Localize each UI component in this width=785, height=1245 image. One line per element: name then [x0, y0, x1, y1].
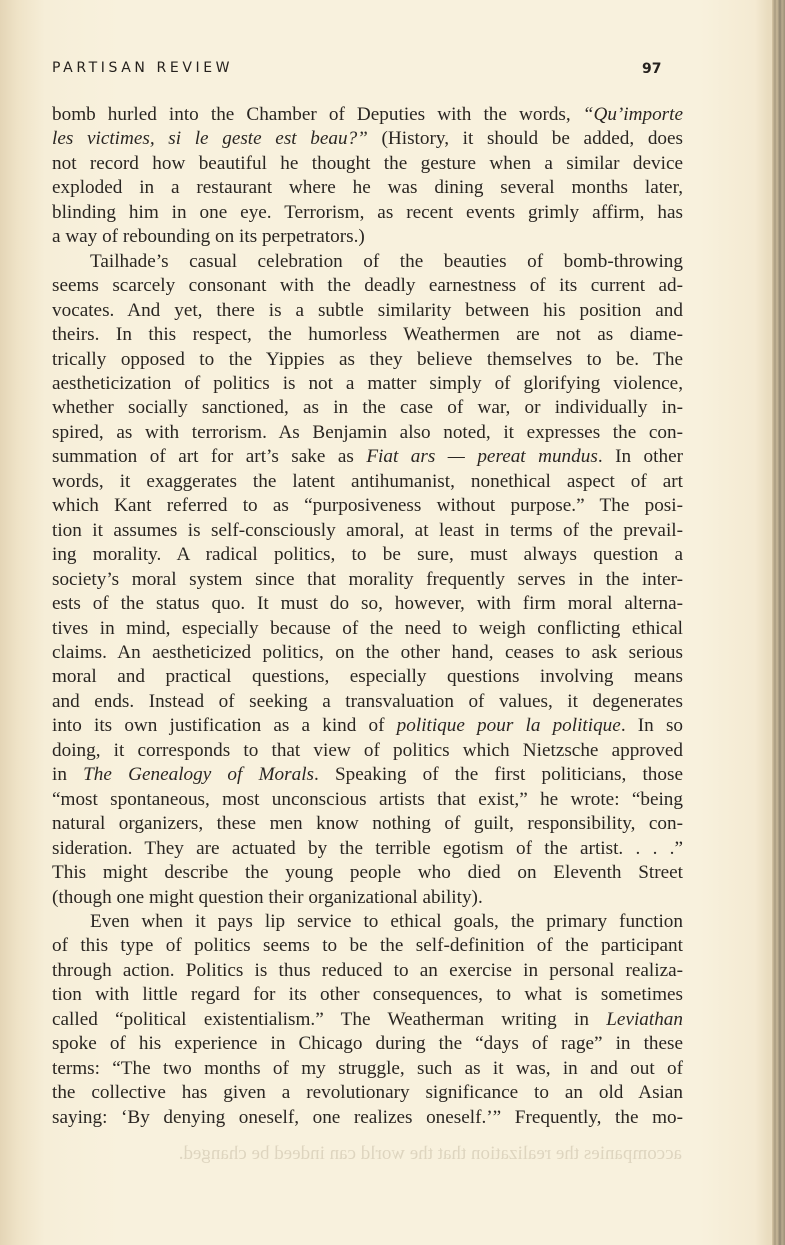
text-line: summation of art for art’s sake as Fiat …: [52, 445, 683, 469]
text-line: ests of the status quo. It must do so, h…: [52, 592, 683, 616]
text-line: tives in mind, especially because of the…: [52, 617, 683, 641]
text-line: vocates. And yet, there is a subtle simi…: [52, 299, 683, 323]
text-line: Even when it pays lip service to ethical…: [52, 910, 683, 934]
text-line: into its own justification as a kind of …: [52, 714, 683, 738]
paragraph-1: bomb hurled into the Chamber of Deputies…: [52, 103, 683, 250]
text-line: the collective has given a revolutionary…: [52, 1081, 683, 1105]
page-number: 97: [642, 61, 661, 77]
body-text: bomb hurled into the Chamber of Deputies…: [52, 103, 683, 1130]
text-line: (though one might question their organiz…: [52, 886, 683, 910]
text-line: “most spontaneous, most unconscious arti…: [52, 788, 683, 812]
text-line: This might describe the young people who…: [52, 861, 683, 885]
text-line: bomb hurled into the Chamber of Deputies…: [52, 103, 683, 127]
text-line: spired, as with terrorism. As Benjamin a…: [52, 421, 683, 445]
text-line: called “political existentialism.” The W…: [52, 1008, 683, 1032]
bleed-through-text: accompanies the realization that the wor…: [82, 1143, 682, 1165]
text-line: blinding him in one eye. Terrorism, as r…: [52, 201, 683, 225]
text-line: exploded in a restaurant where he was di…: [52, 176, 683, 200]
text-line: doing, it corresponds to that view of po…: [52, 739, 683, 763]
text-line: seems scarcely consonant with the deadly…: [52, 274, 683, 298]
text-line: in The Genealogy of Morals. Speaking of …: [52, 763, 683, 787]
text-line: saying: ‘By denying oneself, one realize…: [52, 1106, 683, 1130]
text-line: not record how beautiful he thought the …: [52, 152, 683, 176]
text-line: terms: “The two months of my struggle, s…: [52, 1057, 683, 1081]
text-line: and ends. Instead of seeking a transvalu…: [52, 690, 683, 714]
running-head-journal-title: PARTISAN REVIEW: [52, 60, 454, 76]
text-line: Tailhade’s casual celebration of the bea…: [52, 250, 683, 274]
text-line: aestheticization of politics is not a ma…: [52, 372, 683, 396]
text-line: tion with little regard for its other co…: [52, 983, 683, 1007]
text-line: theirs. In this respect, the humorless W…: [52, 323, 683, 347]
text-line: claims. An aestheticized politics, on th…: [52, 641, 683, 665]
text-line: sideration. They are actuated by the ter…: [52, 837, 683, 861]
book-page: PARTISAN REVIEW 97 accompanies the reali…: [0, 0, 785, 1245]
text-line: ing morality. A radical politics, to be …: [52, 543, 683, 567]
text-line: words, it exaggerates the latent antihum…: [52, 470, 683, 494]
text-line: a way of rebounding on its perpetrators.…: [52, 225, 683, 249]
text-line: tion it assumes is self-consciously amor…: [52, 519, 683, 543]
paragraph-2: Tailhade’s casual celebration of the bea…: [52, 250, 683, 910]
text-line: through action. Politics is thus reduced…: [52, 959, 683, 983]
text-line: which Kant referred to as “purposiveness…: [52, 494, 683, 518]
text-line: trically opposed to the Yippies as they …: [52, 348, 683, 372]
text-line: of this type of politics seems to be the…: [52, 934, 683, 958]
book-spine-edge: [772, 0, 785, 1245]
paragraph-3: Even when it pays lip service to ethical…: [52, 910, 683, 1130]
text-line: whether socially sanctioned, as in the c…: [52, 396, 683, 420]
text-line: moral and practical questions, especiall…: [52, 665, 683, 689]
text-line: natural organizers, these men know nothi…: [52, 812, 683, 836]
text-line: society’s moral system since that morali…: [52, 568, 683, 592]
text-line: les victimes, si le geste est beau?” (Hi…: [52, 127, 683, 151]
text-line: spoke of his experience in Chicago durin…: [52, 1032, 683, 1056]
